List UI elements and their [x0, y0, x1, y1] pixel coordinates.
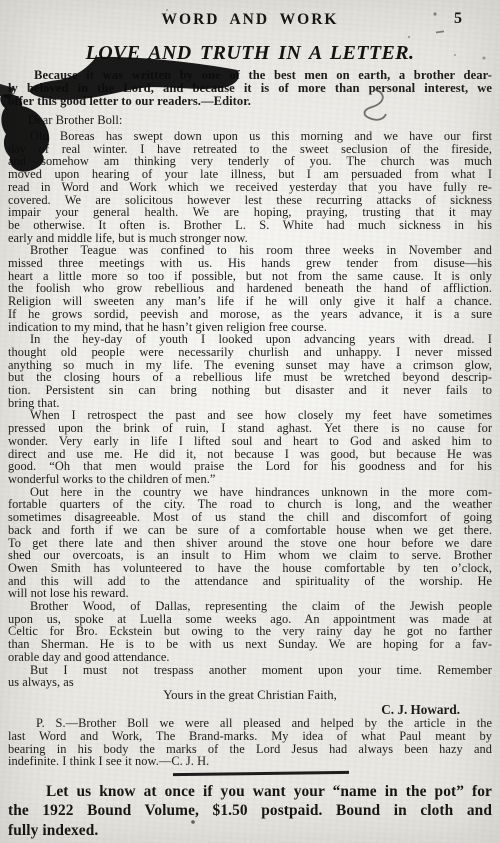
letter-paragraph: Old Boreas has swept down upon us this m… [8, 130, 492, 244]
letter-paragraph: When I retrospect the past and see how c… [8, 409, 492, 485]
valediction: Yours in the great Christian Faith, [8, 689, 492, 702]
text-line: wonder. Very early in life I lifted soul… [8, 435, 492, 448]
page-header: WORD AND WORK 5 [8, 0, 492, 29]
text-line: tion. Persistent sin can bring nothing b… [8, 384, 492, 397]
text-line: P. S.—Brother Boll we were all pleased a… [8, 717, 492, 730]
text-line: back and forth if we can be sure of a co… [8, 524, 492, 537]
postscript: P. S.—Brother Boll we were all pleased a… [8, 717, 492, 768]
text-line: thought old people were necessarily chur… [8, 346, 492, 359]
text-line: pressed upon the brink of ruin, I stand … [8, 422, 492, 435]
letter-body: Old Boreas has swept down upon us this m… [8, 130, 492, 689]
letter-paragraph: Brother Wood, of Dallas, representing th… [8, 600, 492, 664]
letter-paragraph: Brother Teague was confined to his room … [8, 244, 492, 333]
text-line: be otherwise. It often is. Brother L. S.… [8, 219, 492, 232]
text-line: missed three meetings with us. His hands… [8, 257, 492, 270]
text-line: Religion will sweeten any man’s life if … [8, 295, 492, 308]
scanned-page: WORD AND WORK 5 LOVE AND TRUTH IN A LETT… [0, 0, 500, 843]
letter-paragraph: But I must not trespass another moment u… [8, 664, 492, 689]
text-line: wonderful works to the children of men.” [8, 473, 492, 486]
text-line: read in Word and Work which we received … [8, 181, 492, 194]
text-line: sometimes disagreeable. Most of us stand… [8, 511, 492, 524]
text-line: Let us know at once if you want your “na… [8, 782, 492, 802]
text-line: shed our overcoats, is an insult to Him … [8, 549, 492, 562]
text-line: moved upon hearing of your late illness,… [8, 168, 492, 181]
letter-paragraph: Out here in the country we have hindranc… [8, 486, 492, 600]
editor-note: Because it was written by one of the bes… [8, 69, 492, 108]
text-line: orable day and good attendance. [8, 651, 492, 664]
letter-paragraph: In the hey-day of youth I looked upon ad… [8, 333, 492, 409]
text-line: If he grows sordid, peevish and morose, … [8, 308, 492, 321]
text-line: indefinite. I think I see it now.—C. J. … [8, 755, 492, 768]
text-line: the 1922 Bound Volume, $1.50 postpaid. B… [8, 801, 492, 821]
text-line: offer this good letter to our readers.—E… [8, 95, 492, 108]
text-line: last Word and Work, The Brand-marks. My … [8, 730, 492, 743]
text-line: than Sherman. He is to be with us next S… [8, 638, 492, 651]
salutation: Dear Brother Boll: [8, 114, 492, 127]
text-line: Owen Smith has volunteered to have the h… [8, 562, 492, 575]
page-number: 5 [454, 10, 462, 28]
signature: C. J. Howard. [8, 703, 492, 717]
divider-rule [173, 771, 349, 776]
footer-notice: Let us know at once if you want your “na… [8, 782, 492, 841]
article-title: LOVE AND TRUTH IN A LETTER. [8, 42, 492, 65]
text-line: Brother Wood, of Dallas, representing th… [8, 600, 492, 613]
text-line: fully indexed. [8, 821, 492, 841]
journal-title: WORD AND WORK [162, 11, 339, 28]
text-line: us always, as [8, 676, 492, 689]
text-line: Old Boreas has swept down upon us this m… [8, 130, 492, 143]
text-line: But I must not trespass another moment u… [8, 664, 492, 677]
